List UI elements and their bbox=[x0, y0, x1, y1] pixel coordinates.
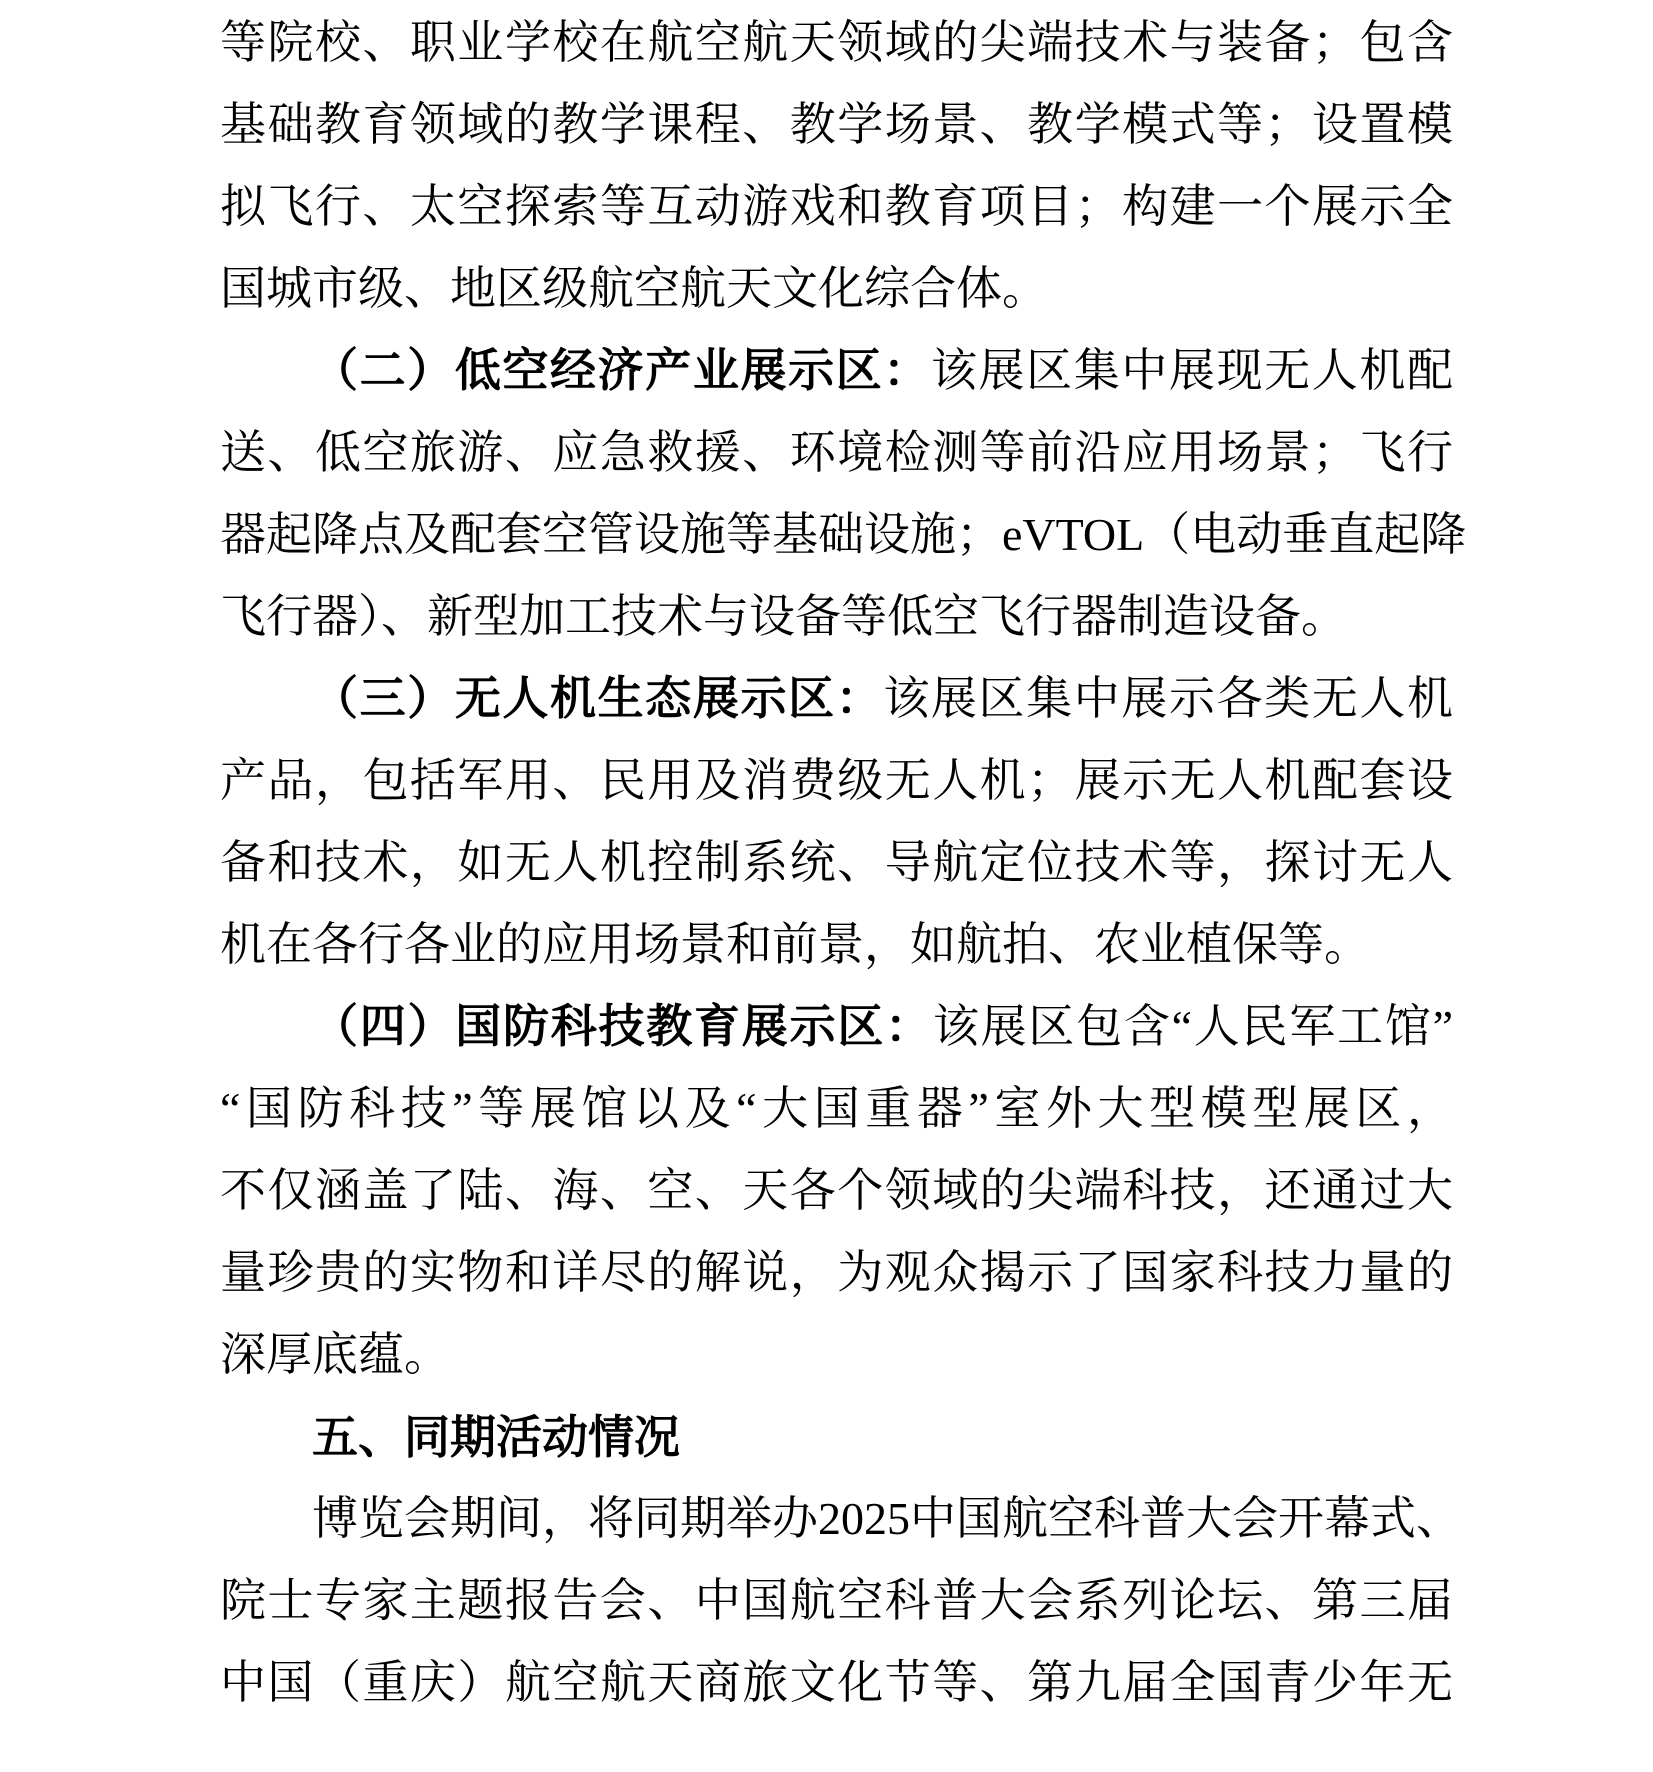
text-line: 博览会期间，将同期举办2025中国航空科普大会开幕式、 bbox=[220, 1478, 1453, 1560]
body-text: 等院校、职业学校在航空航天领域的尖端技术与装备；包含 bbox=[220, 17, 1453, 68]
body-text: 博览会期间，将同期举办2025中国航空科普大会开幕式、 bbox=[312, 1493, 1462, 1544]
text-line: 产品，包括军用、民用及消费级无人机；展示无人机配套设 bbox=[220, 740, 1453, 822]
body-text: 该展区集中展示各类无人机 bbox=[883, 673, 1453, 724]
text-line: 中国（重庆）航空航天商旅文化节等、第九届全国青少年无 bbox=[220, 1642, 1453, 1724]
body-text: “国防科技”等展馆以及“大国重器”室外大型模型展区， bbox=[220, 1083, 1453, 1134]
section-lead-line: （四）国防科技教育展示区：该展区包含“人民军工馆” bbox=[220, 986, 1453, 1068]
paragraph-lead-text: （二）低空经济产业展示区： bbox=[312, 345, 931, 396]
text-line: 院士专家主题报告会、中国航空科普大会系列论坛、第三届 bbox=[220, 1560, 1453, 1642]
body-text: 中国（重庆）航空航天商旅文化节等、第九届全国青少年无 bbox=[220, 1657, 1453, 1708]
text-line: “国防科技”等展馆以及“大国重器”室外大型模型展区， bbox=[220, 1068, 1453, 1150]
body-text: 不仅涵盖了陆、海、空、天各个领域的尖端科技，还通过大 bbox=[220, 1165, 1453, 1216]
text-line: 量珍贵的实物和详尽的解说，为观众揭示了国家科技力量的 bbox=[220, 1232, 1453, 1314]
text-line: 送、低空旅游、应急救援、环境检测等前沿应用场景；飞行 bbox=[220, 412, 1453, 494]
paragraph-lead-text: （四）国防科技教育展示区： bbox=[312, 1001, 933, 1052]
text-line: 拟飞行、太空探索等互动游戏和教育项目；构建一个展示全 bbox=[220, 166, 1453, 248]
body-text: 器起降点及配套空管设施等基础设施；eVTOL（电动垂直起降 bbox=[220, 509, 1466, 560]
body-text: 送、低空旅游、应急救援、环境检测等前沿应用场景；飞行 bbox=[220, 427, 1453, 478]
text-line: 深厚底蕴。 bbox=[220, 1314, 1453, 1396]
section-lead-line: （二）低空经济产业展示区：该展区集中展现无人机配 bbox=[220, 330, 1453, 412]
body-text: 拟飞行、太空探索等互动游戏和教育项目；构建一个展示全 bbox=[220, 181, 1453, 232]
section-lead-line: （三）无人机生态展示区：该展区集中展示各类无人机 bbox=[220, 658, 1453, 740]
paragraph-lead-text: （三）无人机生态展示区： bbox=[312, 673, 883, 724]
body-text: 该展区包含“人民军工馆” bbox=[933, 1001, 1453, 1052]
body-text: 产品，包括军用、民用及消费级无人机；展示无人机配套设 bbox=[220, 755, 1453, 806]
text-line: 机在各行各业的应用场景和前景，如航拍、农业植保等。 bbox=[220, 904, 1453, 986]
body-text: 国城市级、地区级航空航天文化综合体。 bbox=[220, 263, 1048, 314]
body-text: 基础教育领域的教学课程、教学场景、教学模式等；设置模 bbox=[220, 99, 1453, 150]
text-line: 基础教育领域的教学课程、教学场景、教学模式等；设置模 bbox=[220, 84, 1453, 166]
text-line: 等院校、职业学校在航空航天领域的尖端技术与装备；包含 bbox=[220, 2, 1453, 84]
text-line: 备和技术，如无人机控制系统、导航定位技术等，探讨无人 bbox=[220, 822, 1453, 904]
document-page: 等院校、职业学校在航空航天领域的尖端技术与装备；包含基础教育领域的教学课程、教学… bbox=[0, 0, 1653, 1772]
section-heading: 五、同期活动情况 bbox=[220, 1396, 1453, 1478]
body-text: 量珍贵的实物和详尽的解说，为观众揭示了国家科技力量的 bbox=[220, 1247, 1453, 1298]
body-text: 飞行器）、新型加工技术与设备等低空飞行器制造设备。 bbox=[220, 591, 1347, 642]
body-text: 院士专家主题报告会、中国航空科普大会系列论坛、第三届 bbox=[220, 1575, 1453, 1626]
text-line: 不仅涵盖了陆、海、空、天各个领域的尖端科技，还通过大 bbox=[220, 1150, 1453, 1232]
body-text: 该展区集中展现无人机配 bbox=[931, 345, 1453, 396]
body-text: 深厚底蕴。 bbox=[220, 1329, 450, 1380]
text-line: 器起降点及配套空管设施等基础设施；eVTOL（电动垂直起降 bbox=[220, 494, 1453, 576]
document-body: 等院校、职业学校在航空航天领域的尖端技术与装备；包含基础教育领域的教学课程、教学… bbox=[220, 2, 1453, 1724]
body-text: 备和技术，如无人机控制系统、导航定位技术等，探讨无人 bbox=[220, 837, 1453, 888]
text-line: 飞行器）、新型加工技术与设备等低空飞行器制造设备。 bbox=[220, 576, 1453, 658]
body-text: 机在各行各业的应用场景和前景，如航拍、农业植保等。 bbox=[220, 919, 1370, 970]
heading-text: 五、同期活动情况 bbox=[312, 1411, 680, 1463]
text-line: 国城市级、地区级航空航天文化综合体。 bbox=[220, 248, 1453, 330]
